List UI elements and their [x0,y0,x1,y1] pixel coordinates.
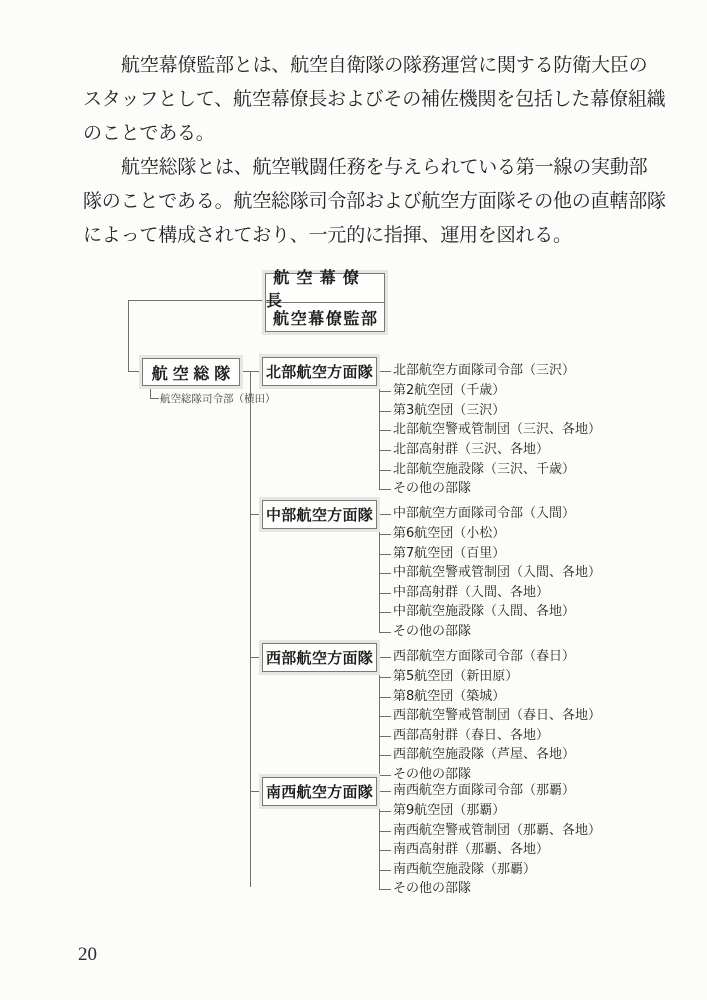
org-unit: 西部高射群（春日、各地） [393,727,549,745]
document-page: 航空幕僚監部とは、航空自衛隊の隊務運営に関する防衛大臣の スタッフとして、航空幕… [0,0,707,1000]
org-unit: 第5航空団（新田原） [393,668,518,686]
connector-line [128,300,265,301]
connector-line [250,791,262,792]
chief-of-air-staff-label: 航空幕僚長 [266,274,384,303]
connector-line [250,657,262,658]
command-hq-label: 航空総隊司令部（横田） [160,391,276,406]
org-unit: その他の部隊 [393,623,471,641]
org-unit: 北部航空方面隊司令部（三沢） [393,362,575,380]
org-unit: 西部航空警戒管制団（春日、各地） [393,707,601,725]
connector-line [150,398,159,399]
org-unit: 第3航空団（三沢） [393,402,505,420]
connector-line [250,514,262,515]
org-unit: 南西航空方面隊司令部（那覇） [393,782,575,800]
air-staff-office-label: 航空幕僚監部 [266,303,384,331]
central-air-defense-force-box: 中部航空方面隊 [262,500,377,529]
page-number: 20 [78,944,97,966]
connector-line [128,371,142,372]
org-unit: 北部航空警戒管制団（三沢、各地） [393,421,601,439]
org-unit: 北部高射群（三沢、各地） [393,441,549,459]
org-unit: 中部航空方面隊司令部（入間） [393,505,575,523]
org-unit: その他の部隊 [393,880,471,898]
connector-line [379,791,380,890]
air-staff-box: 航空幕僚長 航空幕僚監部 [265,273,385,332]
org-chart: 航空幕僚長 航空幕僚監部 航空総隊 航空総隊司令部（横田） 北部航空方面隊 中部… [0,0,707,1000]
org-unit: 中部高射群（入間、各地） [393,584,549,602]
org-unit: 第7航空団（百里） [393,545,505,563]
org-unit: 第6航空団（小松） [393,525,505,543]
org-unit: 南西高射群（那覇、各地） [393,841,549,859]
org-unit: 北部航空施設隊（三沢、千歳） [393,461,575,479]
northern-air-defense-force-box: 北部航空方面隊 [262,357,377,386]
org-unit: 西部航空方面隊司令部（春日） [393,648,575,666]
org-unit: 中部航空施設隊（入間、各地） [393,603,575,621]
air-defense-command-box: 航空総隊 [142,358,240,386]
org-unit: 南西航空警戒管制団（那覇、各地） [393,822,601,840]
southwestern-air-defense-force-box: 南西航空方面隊 [262,777,377,806]
connector-line [128,300,129,372]
org-unit: 南西航空施設隊（那覇） [393,861,536,879]
connector-line [250,371,251,887]
org-unit: その他の部隊 [393,480,471,498]
org-unit: 西部航空施設隊（芦屋、各地） [393,746,575,764]
org-unit: 中部航空警戒管制団（入間、各地） [393,564,601,582]
org-unit: 第8航空団（築城） [393,688,505,706]
connector-line [240,371,262,372]
org-unit: 第9航空団（那覇） [393,802,505,820]
org-unit: 第2航空団（千歳） [393,382,505,400]
western-air-defense-force-box: 西部航空方面隊 [262,643,377,672]
